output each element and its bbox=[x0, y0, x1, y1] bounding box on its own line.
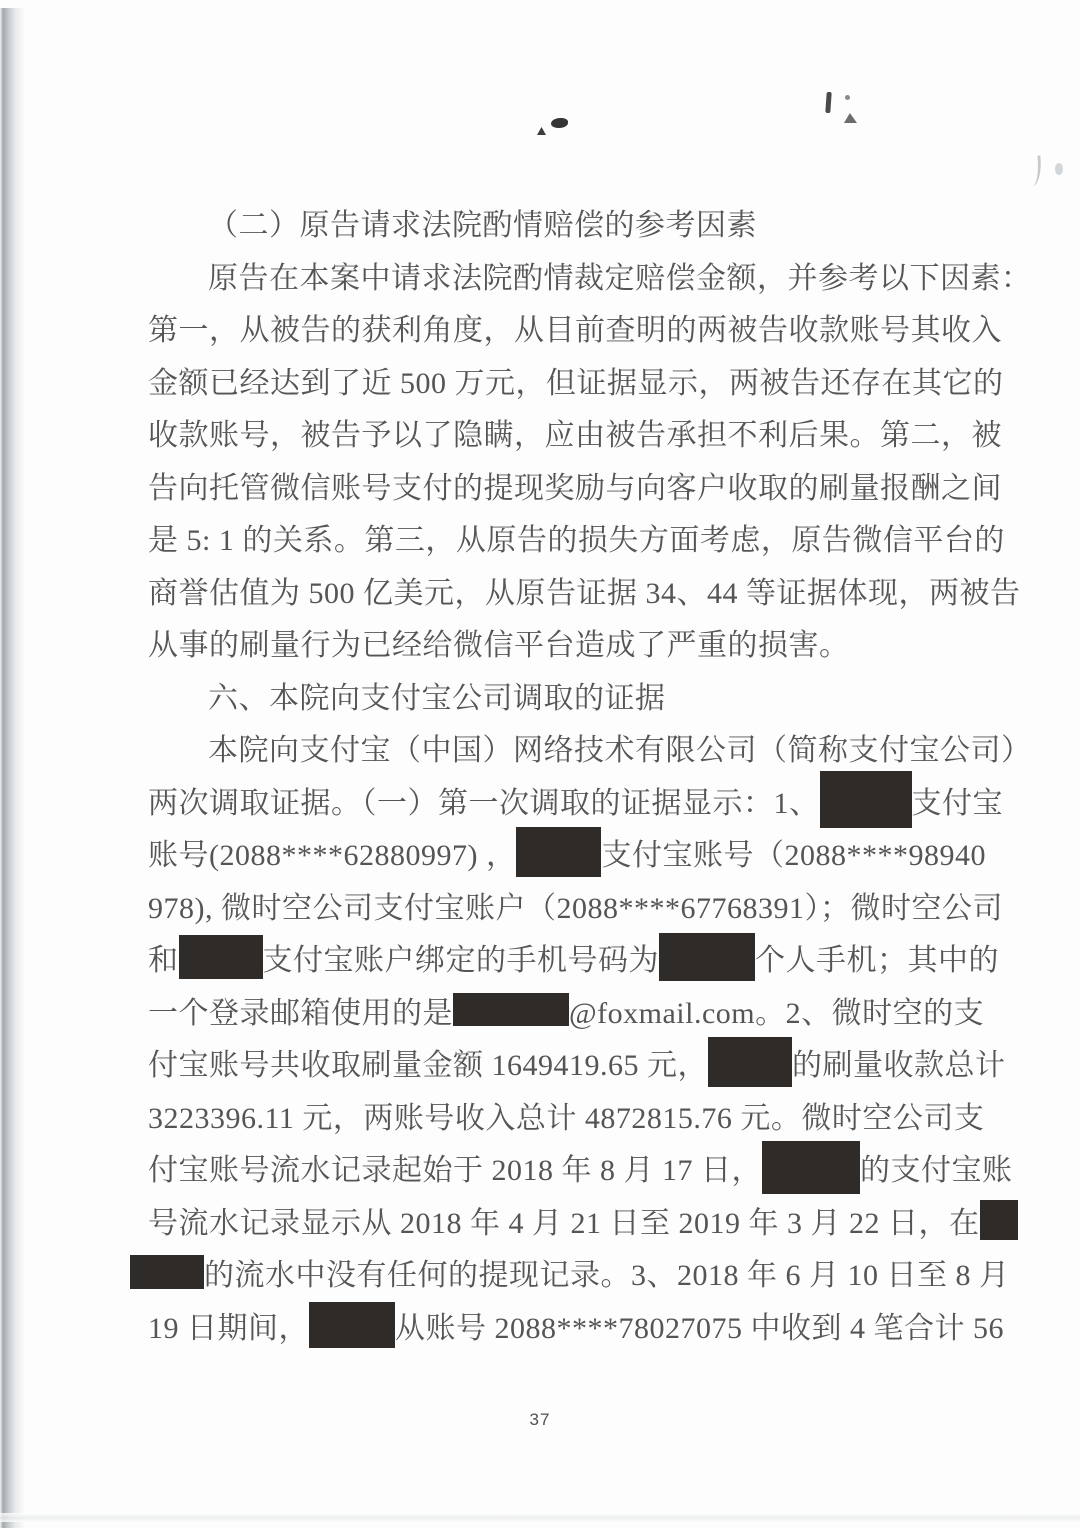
text-line: 付宝账号流水记录起始于 2018 年 8 月 17 日，的支付宝账 bbox=[148, 1141, 1018, 1194]
text-segment: 一个登录邮箱使用的是 bbox=[148, 988, 453, 1032]
text-segment: 号流水记录显示从 2018 年 4 月 21 日至 2019 年 3 月 22 … bbox=[148, 1198, 980, 1242]
text-line: 号流水记录显示从 2018 年 4 月 21 日至 2019 年 3 月 22 … bbox=[148, 1194, 1018, 1247]
scan-edge-shadow bbox=[0, 8, 24, 1528]
scan-scratch-mark bbox=[1055, 163, 1063, 175]
redaction-box bbox=[820, 771, 912, 828]
text-line: 是 5: 1 的关系。第三，从原告的损失方面考虑，原告微信平台的 bbox=[148, 511, 1018, 564]
text-line: 一个登录邮箱使用的是@foxmail.com。2、微时空的支 bbox=[148, 984, 1018, 1037]
scanned-page: （二）原告请求法院酌情赔偿的参考因素原告在本案中请求法院酌情裁定赔偿金额，并参考… bbox=[0, 0, 1080, 1528]
scan-bottom-smudge bbox=[0, 1513, 1080, 1522]
text-segment: 个人手机；其中的 bbox=[755, 935, 999, 979]
redaction-box bbox=[708, 1037, 792, 1087]
ink-speck bbox=[537, 127, 546, 135]
text-line: 从事的刷量行为已经给微信平台造成了严重的损害。 bbox=[148, 616, 1018, 669]
text-line: 3223396.11 元，两账号收入总计 4872815.76 元。微时空公司支 bbox=[148, 1089, 1018, 1142]
redaction-box bbox=[453, 993, 569, 1026]
text-segment: 账号(2088****62880997) ， bbox=[148, 830, 516, 874]
text-segment: @foxmail.com。2、微时空的支 bbox=[569, 988, 984, 1032]
text-segment: 支付宝账号（2088****98940 bbox=[601, 830, 986, 874]
redaction-box bbox=[179, 935, 263, 979]
text-segment: 原告在本案中请求法院酌情裁定赔偿金额，并参考以下因素： bbox=[208, 253, 1032, 297]
text-segment: 金额已经达到了近 500 万元，但证据显示，两被告还存在其它的 bbox=[148, 358, 1004, 402]
ink-speck bbox=[551, 118, 568, 128]
redaction-box bbox=[762, 1141, 860, 1194]
text-line: 账号(2088****62880997) ，支付宝账号（2088****9894… bbox=[148, 826, 1018, 879]
text-segment: 19 日期间， bbox=[148, 1303, 309, 1347]
page-number: 37 bbox=[0, 1410, 1080, 1430]
text-segment: （二）原告请求法院酌情赔偿的参考因素 bbox=[208, 200, 757, 244]
scan-scratch-mark bbox=[1027, 155, 1043, 186]
text-line: 告向托管微信账号支付的提现奖励与向客户收取的刷量报酬之间 bbox=[148, 459, 1018, 512]
text-line: （二）原告请求法院酌情赔偿的参考因素 bbox=[148, 196, 1018, 249]
ink-speck bbox=[845, 95, 850, 100]
text-segment: 支付宝账户绑定的手机号码为 bbox=[263, 935, 660, 979]
text-segment: 支付宝 bbox=[912, 778, 1004, 822]
text-line: 978), 微时空公司支付宝账户（2088****67768391）；微时空公司 bbox=[148, 879, 1018, 932]
text-line: 和支付宝账户绑定的手机号码为个人手机；其中的 bbox=[148, 931, 1018, 984]
text-line: 原告在本案中请求法院酌情裁定赔偿金额，并参考以下因素： bbox=[148, 249, 1018, 302]
redaction-box bbox=[659, 933, 755, 981]
text-segment: 两次调取证据。（一）第一次调取的证据显示：1、 bbox=[148, 778, 820, 822]
text-line: 收款账号，被告予以了隐瞒，应由被告承担不利后果。第二，被 bbox=[148, 406, 1018, 459]
ink-speck bbox=[825, 92, 831, 113]
text-line: 19 日期间，从账号 2088****78027075 中收到 4 笔合计 56 bbox=[148, 1299, 1018, 1352]
redaction-box bbox=[516, 827, 601, 877]
text-segment: 告向托管微信账号支付的提现奖励与向客户收取的刷量报酬之间 bbox=[148, 463, 1002, 507]
text-line: 金额已经达到了近 500 万元，但证据显示，两被告还存在其它的 bbox=[148, 354, 1018, 407]
ink-speck bbox=[844, 113, 857, 123]
text-segment: 商誉估值为 500 亿美元，从原告证据 34、44 等证据体现，两被告 bbox=[148, 568, 1021, 612]
text-segment: 收款账号，被告予以了隐瞒，应由被告承担不利后果。第二，被 bbox=[148, 410, 1002, 454]
text-segment: 付宝账号共收取刷量金额 1649419.65 元， bbox=[148, 1040, 708, 1084]
text-line: 第一，从被告的获利角度，从目前查明的两被告收款账号其收入 bbox=[148, 301, 1018, 354]
text-segment: 第一，从被告的获利角度，从目前查明的两被告收款账号其收入 bbox=[148, 305, 1002, 349]
text-segment: 六、本院向支付宝公司调取的证据 bbox=[208, 673, 666, 717]
text-segment: 本院向支付宝（中国）网络技术有限公司（简称支付宝公司） bbox=[208, 725, 1032, 769]
text-line: 付宝账号共收取刷量金额 1649419.65 元，的刷量收款总计 bbox=[148, 1036, 1018, 1089]
text-segment: 付宝账号流水记录起始于 2018 年 8 月 17 日， bbox=[148, 1145, 762, 1189]
text-line: 本院向支付宝（中国）网络技术有限公司（简称支付宝公司） bbox=[148, 721, 1018, 774]
text-segment: 从事的刷量行为已经给微信平台造成了严重的损害。 bbox=[148, 620, 850, 664]
document-text: （二）原告请求法院酌情赔偿的参考因素原告在本案中请求法院酌情裁定赔偿金额，并参考… bbox=[148, 196, 1018, 1351]
text-line: 六、本院向支付宝公司调取的证据 bbox=[148, 669, 1018, 722]
text-segment: 的支付宝账 bbox=[860, 1145, 1013, 1189]
text-segment: 的流水中没有任何的提现记录。3、2018 年 6 月 10 日至 8 月 bbox=[204, 1250, 1010, 1294]
text-segment: 978), 微时空公司支付宝账户（2088****67768391）；微时空公司 bbox=[148, 883, 1003, 927]
text-segment: 和 bbox=[148, 935, 179, 979]
redaction-box bbox=[130, 1255, 204, 1289]
text-line: 的流水中没有任何的提现记录。3、2018 年 6 月 10 日至 8 月 bbox=[130, 1246, 1018, 1299]
text-line: 两次调取证据。（一）第一次调取的证据显示：1、支付宝 bbox=[148, 774, 1018, 827]
text-line: 商誉估值为 500 亿美元，从原告证据 34、44 等证据体现，两被告 bbox=[148, 564, 1018, 617]
redaction-box bbox=[980, 1200, 1018, 1240]
text-segment: 是 5: 1 的关系。第三，从原告的损失方面考虑，原告微信平台的 bbox=[148, 515, 1005, 559]
text-segment: 从账号 2088****78027075 中收到 4 笔合计 56 bbox=[395, 1303, 1004, 1347]
text-segment: 3223396.11 元，两账号收入总计 4872815.76 元。微时空公司支 bbox=[148, 1093, 984, 1137]
redaction-box bbox=[309, 1302, 395, 1348]
text-segment: 的刷量收款总计 bbox=[792, 1040, 1006, 1084]
